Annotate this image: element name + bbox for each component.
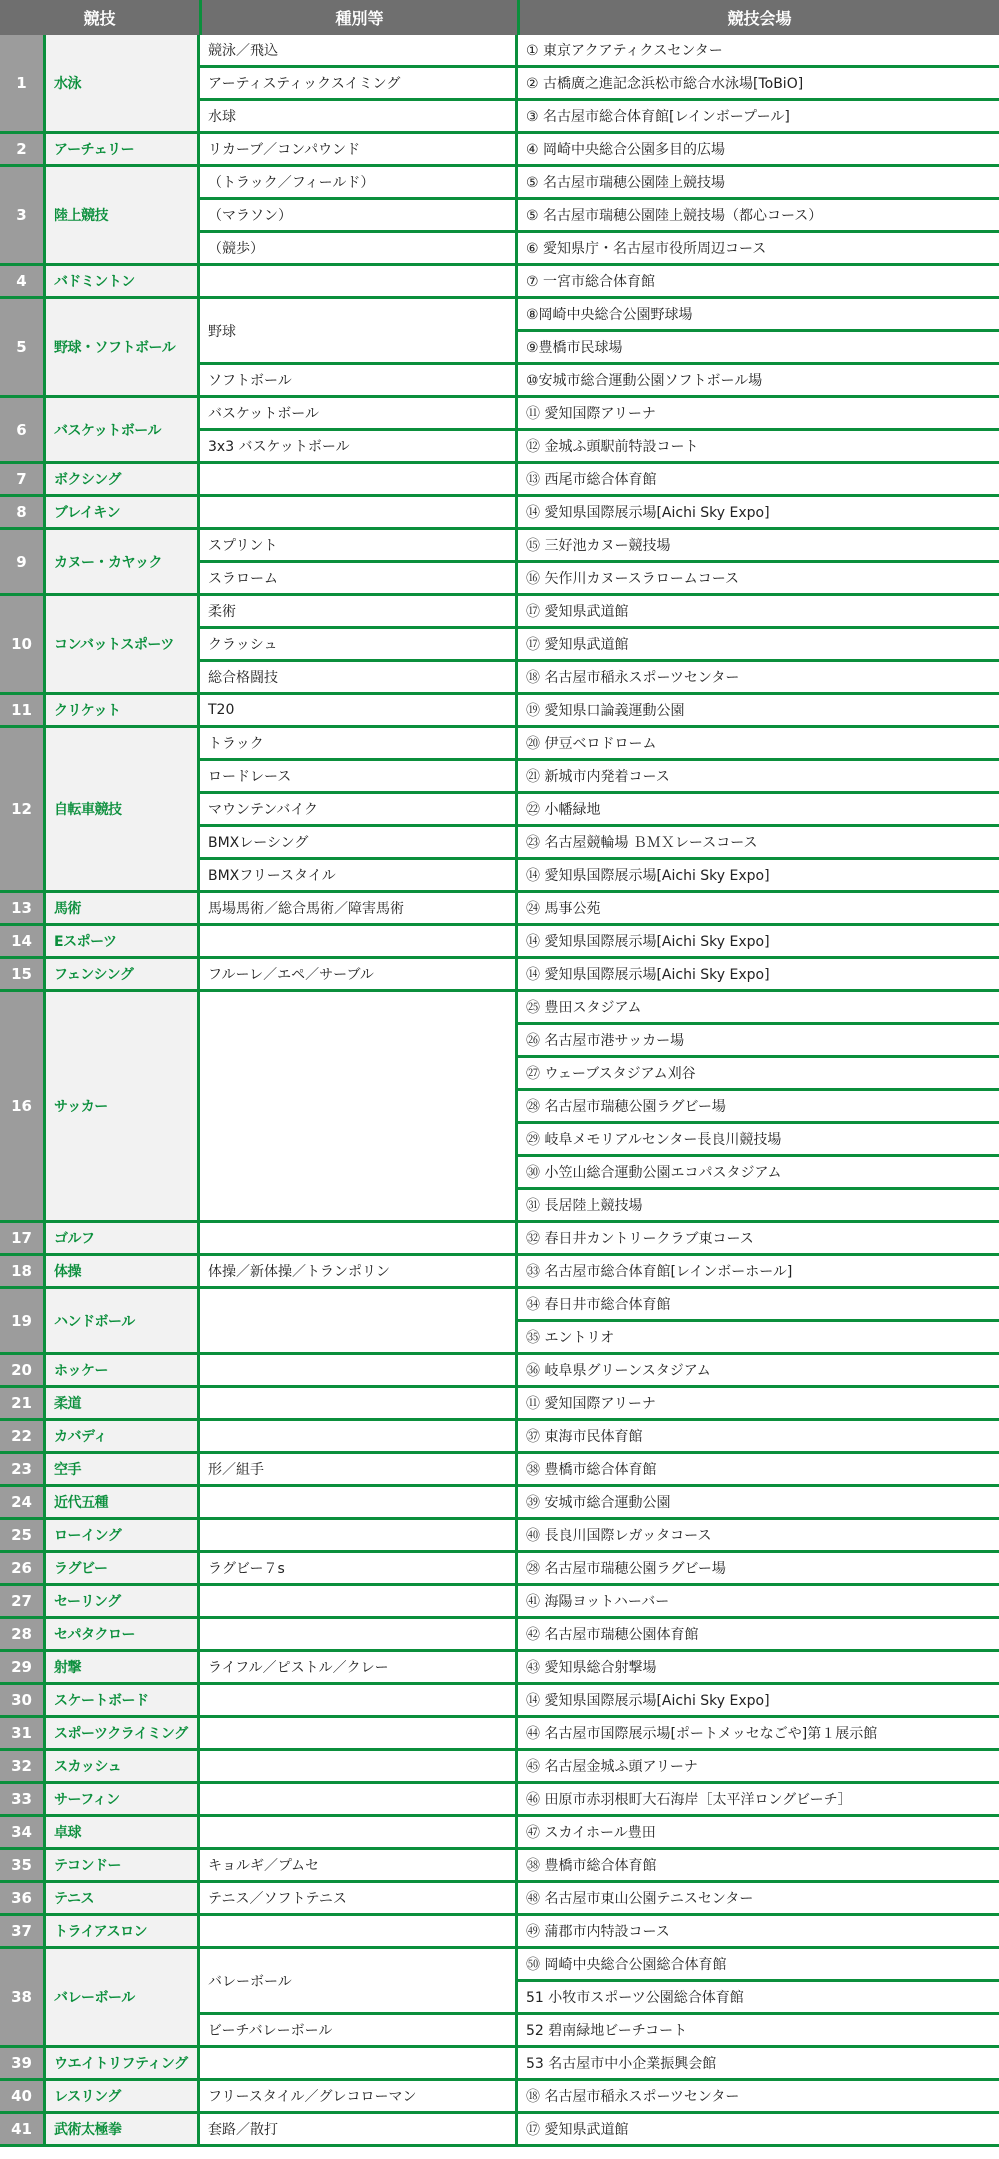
discipline-row: ビーチバレーボール52 碧南緑地ビーチコート [200, 2015, 999, 2045]
discipline-row: 形／組手㊳ 豊橋市総合体育館 [200, 1454, 999, 1484]
row-number: 32 [0, 1751, 46, 1781]
row-detail: 套路／散打⑰ 愛知県武道館 [200, 2114, 999, 2144]
discipline-row: キョルギ／プムセ㊳ 豊橋市総合体育館 [200, 1850, 999, 1880]
row-number: 2 [0, 134, 46, 164]
discipline-type: テニス／ソフトテニス [200, 1883, 518, 1913]
discipline-row: ソフトボール⑩安城市総合運動公園ソフトボール場 [200, 365, 999, 395]
discipline-type [200, 1619, 518, 1649]
discipline-row: リカーブ／コンパウンド④ 岡崎中央総合公園多目的広場 [200, 134, 999, 164]
venue-list: ⑭ 愛知県国際展示場[Aichi Sky Expo] [518, 926, 999, 956]
sport-name: ブレイキン [46, 497, 200, 527]
venue-name: ⑱ 名古屋市稲永スポーツセンター [518, 2081, 999, 2111]
venue-name: ㉛ 長居陸上競技場 [518, 1190, 999, 1220]
venue-list: ㊳ 豊橋市総合体育館 [518, 1454, 999, 1484]
venue-name: ③ 名古屋市総合体育館[レインボープール] [518, 101, 999, 131]
sport-name: サーフィン [46, 1784, 200, 1814]
discipline-row: ⑭ 愛知県国際展示場[Aichi Sky Expo] [200, 1685, 999, 1715]
row-detail: ㊶ 海陽ヨットハーバー [200, 1586, 999, 1616]
venue-name: ㊳ 豊橋市総合体育館 [518, 1454, 999, 1484]
venue-name: ㊶ 海陽ヨットハーバー [518, 1586, 999, 1616]
discipline-type: （トラック／フィールド） [200, 167, 518, 197]
venue-list: ⑯ 矢作川カヌースラロームコース [518, 563, 999, 593]
discipline-type: アーティスティックスイミング [200, 68, 518, 98]
venue-list: ㊷ 名古屋市瑞穂公園体育館 [518, 1619, 999, 1649]
venue-list: ⑫ 金城ふ頭駅前特設コート [518, 431, 999, 461]
discipline-row: T20⑲ 愛知県口論義運動公園 [200, 695, 999, 725]
row-detail: ㊹ 名古屋市国際展示場[ポートメッセなごや]第１展示館 [200, 1718, 999, 1748]
discipline-type: ライフル／ピストル／クレー [200, 1652, 518, 1682]
row-number: 9 [0, 530, 46, 593]
discipline-type: 水球 [200, 101, 518, 131]
venue-name: ⑰ 愛知県武道館 [518, 629, 999, 659]
row-number: 37 [0, 1916, 46, 1946]
discipline-row: トラック⑳ 伊豆ベロドローム [200, 728, 999, 761]
row-detail: フリースタイル／グレコローマン⑱ 名古屋市稲永スポーツセンター [200, 2081, 999, 2111]
sport-name: ホッケー [46, 1355, 200, 1385]
sport-name: バスケットボール [46, 398, 200, 461]
venue-list: ㊳ 豊橋市総合体育館 [518, 1850, 999, 1880]
row-detail: ライフル／ピストル／クレー㊸ 愛知県総合射撃場 [200, 1652, 999, 1682]
discipline-row: バレーボール㊿ 岡崎中央総合公園総合体育館51 小牧市スポーツ公園総合体育館 [200, 1949, 999, 2015]
row-detail: 体操／新体操／トランポリン㉝ 名古屋市総合体育館[レインボーホール] [200, 1256, 999, 1286]
discipline-type: バスケットボール [200, 398, 518, 428]
discipline-row: クラッシュ⑰ 愛知県武道館 [200, 629, 999, 662]
venue-name: ㊽ 名古屋市東山公園テニスセンター [518, 1883, 999, 1913]
row-number: 25 [0, 1520, 46, 1550]
venue-name: ㊷ 名古屋市瑞穂公園体育館 [518, 1619, 999, 1649]
venue-list: ㉑ 新城市内発着コース [518, 761, 999, 791]
table-row: 16サッカー㉕ 豊田スタジアム㉖ 名古屋市港サッカー場㉗ ウェーブスタジアム刈谷… [0, 992, 999, 1223]
discipline-row: スラローム⑯ 矢作川カヌースラロームコース [200, 563, 999, 593]
venue-list: ⑤ 名古屋市瑞穂公園陸上競技場（都心コース） [518, 200, 999, 230]
row-number: 28 [0, 1619, 46, 1649]
discipline-type: フリースタイル／グレコローマン [200, 2081, 518, 2111]
discipline-type: （マラソン） [200, 200, 518, 230]
venue-list: ⑮ 三好池カヌー競技場 [518, 530, 999, 560]
discipline-row: 3x3 バスケットボール⑫ 金城ふ頭駅前特設コート [200, 431, 999, 461]
venue-list: ㊾ 蒲郡市内特設コース [518, 1916, 999, 1946]
venue-name: ㉖ 名古屋市港サッカー場 [518, 1025, 999, 1058]
table-row: 18体操体操／新体操／トランポリン㉝ 名古屋市総合体育館[レインボーホール] [0, 1256, 999, 1289]
table-row: 19ハンドボール㉞ 春日井市総合体育館㉟ エントリオ [0, 1289, 999, 1355]
table-row: 32スカッシュ㊺ 名古屋金城ふ頭アリーナ [0, 1751, 999, 1784]
discipline-row: 套路／散打⑰ 愛知県武道館 [200, 2114, 999, 2144]
venue-name: ⑪ 愛知国際アリーナ [518, 398, 999, 428]
venue-name: ⑨豊橋市民球場 [518, 332, 999, 362]
table-row: 25ローイング㊵ 長良川国際レガッタコース [0, 1520, 999, 1553]
discipline-row: ⑬ 西尾市総合体育館 [200, 464, 999, 494]
venue-list: ⑤ 名古屋市瑞穂公園陸上競技場 [518, 167, 999, 197]
table-row: 11クリケットT20⑲ 愛知県口論義運動公園 [0, 695, 999, 728]
discipline-row: ㉕ 豊田スタジアム㉖ 名古屋市港サッカー場㉗ ウェーブスタジアム刈谷㉘ 名古屋市… [200, 992, 999, 1220]
venue-name: ㊱ 岐阜県グリーンスタジアム [518, 1355, 999, 1385]
discipline-type: 総合格闘技 [200, 662, 518, 692]
venue-name: ④ 岡崎中央総合公園多目的広場 [518, 134, 999, 164]
sport-name: クリケット [46, 695, 200, 725]
row-detail: ㊴ 安城市総合運動公園 [200, 1487, 999, 1517]
row-number: 19 [0, 1289, 46, 1352]
venue-list: ⑭ 愛知県国際展示場[Aichi Sky Expo] [518, 959, 999, 989]
discipline-row: 馬場馬術／総合馬術／障害馬術㉔ 馬事公苑 [200, 893, 999, 923]
venue-name: ⑫ 金城ふ頭駅前特設コート [518, 431, 999, 461]
row-number: 11 [0, 695, 46, 725]
venue-name: ⑧岡崎中央総合公園野球場 [518, 299, 999, 332]
row-detail: 馬場馬術／総合馬術／障害馬術㉔ 馬事公苑 [200, 893, 999, 923]
discipline-type [200, 1586, 518, 1616]
sport-name: 空手 [46, 1454, 200, 1484]
discipline-row: ㊾ 蒲郡市内特設コース [200, 1916, 999, 1946]
row-number: 41 [0, 2114, 46, 2144]
row-number: 34 [0, 1817, 46, 1847]
discipline-type [200, 1421, 518, 1451]
discipline-row: 競泳／飛込① 東京アクアティクスセンター [200, 35, 999, 68]
table-row: 5野球・ソフトボール野球⑧岡崎中央総合公園野球場⑨豊橋市民球場ソフトボール⑩安城… [0, 299, 999, 398]
row-detail: （トラック／フィールド）⑤ 名古屋市瑞穂公園陸上競技場（マラソン）⑤ 名古屋市瑞… [200, 167, 999, 263]
discipline-type [200, 1355, 518, 1385]
sport-name: 武術太極拳 [46, 2114, 200, 2144]
table-row: 34卓球㊼ スカイホール豊田 [0, 1817, 999, 1850]
sport-name: 馬術 [46, 893, 200, 923]
table-header: 競技 種別等 競技会場 [0, 0, 999, 35]
header-type: 種別等 [202, 0, 520, 35]
venue-name: ㊾ 蒲郡市内特設コース [518, 1916, 999, 1946]
discipline-row: BMXフリースタイル⑭ 愛知県国際展示場[Aichi Sky Expo] [200, 860, 999, 890]
venue-name: ㊲ 東海市民体育館 [518, 1421, 999, 1451]
venue-name: ⑭ 愛知県国際展示場[Aichi Sky Expo] [518, 926, 999, 956]
table-row: 15フェンシングフルーレ／エペ／サーブル⑭ 愛知県国際展示場[Aichi Sky… [0, 959, 999, 992]
discipline-type [200, 1520, 518, 1550]
row-number: 6 [0, 398, 46, 461]
venue-list: ㉝ 名古屋市総合体育館[レインボーホール] [518, 1256, 999, 1286]
sport-name: カバディ [46, 1421, 200, 1451]
sport-name: 自転車競技 [46, 728, 200, 890]
table-row: 39ウエイトリフティング53 名古屋市中小企業振興会館 [0, 2048, 999, 2081]
discipline-row: アーティスティックスイミング② 古橋廣之進記念浜松市総合水泳場[ToBiO] [200, 68, 999, 101]
sport-name: ボクシング [46, 464, 200, 494]
venue-list: ⑪ 愛知国際アリーナ [518, 1388, 999, 1418]
venue-list: ③ 名古屋市総合体育館[レインボープール] [518, 101, 999, 131]
discipline-row: テニス／ソフトテニス㊽ 名古屋市東山公園テニスセンター [200, 1883, 999, 1913]
discipline-type [200, 2048, 518, 2078]
venue-name: ⑱ 名古屋市稲永スポーツセンター [518, 662, 999, 692]
row-number: 23 [0, 1454, 46, 1484]
row-detail: バレーボール㊿ 岡崎中央総合公園総合体育館51 小牧市スポーツ公園総合体育館ビー… [200, 1949, 999, 2045]
discipline-type [200, 1751, 518, 1781]
venue-list: ㉞ 春日井市総合体育館㉟ エントリオ [518, 1289, 999, 1352]
discipline-row: ㊲ 東海市民体育館 [200, 1421, 999, 1451]
discipline-row: フルーレ／エペ／サーブル⑭ 愛知県国際展示場[Aichi Sky Expo] [200, 959, 999, 989]
row-detail: リカーブ／コンパウンド④ 岡崎中央総合公園多目的広場 [200, 134, 999, 164]
sport-name: スケートボード [46, 1685, 200, 1715]
venue-name: ⑯ 矢作川カヌースラロームコース [518, 563, 999, 593]
discipline-type: スプリント [200, 530, 518, 560]
venue-name: ⑤ 名古屋市瑞穂公園陸上競技場 [518, 167, 999, 197]
row-number: 29 [0, 1652, 46, 1682]
row-number: 17 [0, 1223, 46, 1253]
discipline-row: ㊴ 安城市総合運動公園 [200, 1487, 999, 1517]
discipline-type: マウンテンバイク [200, 794, 518, 824]
table-row: 2アーチェリーリカーブ／コンパウンド④ 岡崎中央総合公園多目的広場 [0, 134, 999, 167]
row-detail: ⑬ 西尾市総合体育館 [200, 464, 999, 494]
discipline-type [200, 1223, 518, 1253]
sport-name: 近代五種 [46, 1487, 200, 1517]
venue-list: ㉘ 名古屋市瑞穂公園ラグビー場 [518, 1553, 999, 1583]
discipline-type: 3x3 バスケットボール [200, 431, 518, 461]
discipline-type: 競泳／飛込 [200, 35, 518, 65]
venue-name: ㉝ 名古屋市総合体育館[レインボーホール] [518, 1256, 999, 1286]
table-row: 6バスケットボールバスケットボール⑪ 愛知国際アリーナ3x3 バスケットボール⑫… [0, 398, 999, 464]
venue-name: ㉔ 馬事公苑 [518, 893, 999, 923]
row-detail: 野球⑧岡崎中央総合公園野球場⑨豊橋市民球場ソフトボール⑩安城市総合運動公園ソフト… [200, 299, 999, 395]
table-row: 8ブレイキン⑭ 愛知県国際展示場[Aichi Sky Expo] [0, 497, 999, 530]
venue-name: 51 小牧市スポーツ公園総合体育館 [518, 1982, 999, 2012]
discipline-row: ㉞ 春日井市総合体育館㉟ エントリオ [200, 1289, 999, 1352]
row-number: 30 [0, 1685, 46, 1715]
venue-table: 競技 種別等 競技会場 1水泳競泳／飛込① 東京アクアティクスセンターアーティス… [0, 0, 999, 2147]
venue-name: ㊺ 名古屋金城ふ頭アリーナ [518, 1751, 999, 1781]
venue-name: ⑭ 愛知県国際展示場[Aichi Sky Expo] [518, 497, 999, 527]
row-detail: ㉕ 豊田スタジアム㉖ 名古屋市港サッカー場㉗ ウェーブスタジアム刈谷㉘ 名古屋市… [200, 992, 999, 1220]
venue-list: ② 古橋廣之進記念浜松市総合水泳場[ToBiO] [518, 68, 999, 98]
venue-list: ⑦ 一宮市総合体育館 [518, 266, 999, 296]
venue-list: ⑲ 愛知県口論義運動公園 [518, 695, 999, 725]
venue-list: ⑱ 名古屋市稲永スポーツセンター [518, 662, 999, 692]
row-detail: ㉞ 春日井市総合体育館㉟ エントリオ [200, 1289, 999, 1352]
table-row: 33サーフィン㊻ 田原市赤羽根町大石海岸［太平洋ロングビーチ］ [0, 1784, 999, 1817]
discipline-row: ㊻ 田原市赤羽根町大石海岸［太平洋ロングビーチ］ [200, 1784, 999, 1814]
discipline-type [200, 1685, 518, 1715]
venue-name: 53 名古屋市中小企業振興会館 [518, 2048, 999, 2078]
row-detail: T20⑲ 愛知県口論義運動公園 [200, 695, 999, 725]
header-sport: 競技 [0, 0, 202, 35]
row-detail: 形／組手㊳ 豊橋市総合体育館 [200, 1454, 999, 1484]
discipline-row: ⑭ 愛知県国際展示場[Aichi Sky Expo] [200, 497, 999, 527]
discipline-type [200, 1784, 518, 1814]
venue-list: ⑭ 愛知県国際展示場[Aichi Sky Expo] [518, 497, 999, 527]
sport-name: テコンドー [46, 1850, 200, 1880]
row-number: 15 [0, 959, 46, 989]
sport-name: ハンドボール [46, 1289, 200, 1352]
venue-list: ㊵ 長良川国際レガッタコース [518, 1520, 999, 1550]
venue-name: ㉘ 名古屋市瑞穂公園ラグビー場 [518, 1553, 999, 1583]
discipline-type [200, 926, 518, 956]
sport-name: バドミントン [46, 266, 200, 296]
discipline-row: ㊼ スカイホール豊田 [200, 1817, 999, 1847]
row-number: 40 [0, 2081, 46, 2111]
row-detail: ㊲ 東海市民体育館 [200, 1421, 999, 1451]
row-detail: ⑭ 愛知県国際展示場[Aichi Sky Expo] [200, 926, 999, 956]
row-detail: トラック⑳ 伊豆ベロドロームロードレース㉑ 新城市内発着コースマウンテンバイク㉒… [200, 728, 999, 890]
discipline-row: ㊶ 海陽ヨットハーバー [200, 1586, 999, 1616]
table-row: 29射撃ライフル／ピストル／クレー㊸ 愛知県総合射撃場 [0, 1652, 999, 1685]
discipline-type [200, 1388, 518, 1418]
sport-name: セパタクロー [46, 1619, 200, 1649]
discipline-type: T20 [200, 695, 518, 725]
discipline-type: 体操／新体操／トランポリン [200, 1256, 518, 1286]
venue-list: ⑭ 愛知県国際展示場[Aichi Sky Expo] [518, 1685, 999, 1715]
table-row: 12自転車競技トラック⑳ 伊豆ベロドロームロードレース㉑ 新城市内発着コースマウ… [0, 728, 999, 893]
discipline-row: 53 名古屋市中小企業振興会館 [200, 2048, 999, 2078]
venue-list: ㊸ 愛知県総合射撃場 [518, 1652, 999, 1682]
row-number: 5 [0, 299, 46, 395]
row-detail: 柔術⑰ 愛知県武道館クラッシュ⑰ 愛知県武道館総合格闘技⑱ 名古屋市稲永スポーツ… [200, 596, 999, 692]
sport-name: フェンシング [46, 959, 200, 989]
discipline-row: 総合格闘技⑱ 名古屋市稲永スポーツセンター [200, 662, 999, 692]
row-detail: ㊻ 田原市赤羽根町大石海岸［太平洋ロングビーチ］ [200, 1784, 999, 1814]
venue-list: ㊼ スカイホール豊田 [518, 1817, 999, 1847]
row-number: 20 [0, 1355, 46, 1385]
sport-name: 水泳 [46, 35, 200, 131]
venue-name: ㉘ 名古屋市瑞穂公園ラグビー場 [518, 1091, 999, 1124]
row-detail: バスケットボール⑪ 愛知国際アリーナ3x3 バスケットボール⑫ 金城ふ頭駅前特設… [200, 398, 999, 461]
sport-name: 射撃 [46, 1652, 200, 1682]
discipline-row: フリースタイル／グレコローマン⑱ 名古屋市稲永スポーツセンター [200, 2081, 999, 2111]
discipline-type: キョルギ／プムセ [200, 1850, 518, 1880]
venue-name: ㊵ 長良川国際レガッタコース [518, 1520, 999, 1550]
discipline-type [200, 992, 518, 1220]
row-detail: ㊾ 蒲郡市内特設コース [200, 1916, 999, 1946]
venue-name: ㊸ 愛知県総合射撃場 [518, 1652, 999, 1682]
venue-list: ㊺ 名古屋金城ふ頭アリーナ [518, 1751, 999, 1781]
venue-list: ⑰ 愛知県武道館 [518, 2114, 999, 2144]
row-number: 21 [0, 1388, 46, 1418]
discipline-type: 柔術 [200, 596, 518, 626]
venue-list: ㊶ 海陽ヨットハーバー [518, 1586, 999, 1616]
sport-name: 体操 [46, 1256, 200, 1286]
venue-name: ⑰ 愛知県武道館 [518, 596, 999, 626]
table-row: 24近代五種㊴ 安城市総合運動公園 [0, 1487, 999, 1520]
venue-name: ⑩安城市総合運動公園ソフトボール場 [518, 365, 999, 395]
venue-list: ⑥ 愛知県庁・名古屋市役所周辺コース [518, 233, 999, 263]
discipline-row: ラグビー７s㉘ 名古屋市瑞穂公園ラグビー場 [200, 1553, 999, 1583]
venue-list: ⑱ 名古屋市稲永スポーツセンター [518, 2081, 999, 2111]
venue-list: 53 名古屋市中小企業振興会館 [518, 2048, 999, 2078]
row-detail: スプリント⑮ 三好池カヌー競技場スラローム⑯ 矢作川カヌースラロームコース [200, 530, 999, 593]
venue-name: ㊹ 名古屋市国際展示場[ポートメッセなごや]第１展示館 [518, 1718, 999, 1748]
sport-name: バレーボール [46, 1949, 200, 2045]
venue-name: ② 古橋廣之進記念浜松市総合水泳場[ToBiO] [518, 68, 999, 98]
row-number: 26 [0, 1553, 46, 1583]
row-detail: ㊼ スカイホール豊田 [200, 1817, 999, 1847]
discipline-row: ⑭ 愛知県国際展示場[Aichi Sky Expo] [200, 926, 999, 956]
venue-name: ⑭ 愛知県国際展示場[Aichi Sky Expo] [518, 860, 999, 890]
row-number: 8 [0, 497, 46, 527]
venue-name: ㉚ 小笠山総合運動公園エコパスタジアム [518, 1157, 999, 1190]
venue-name: ㉓ 名古屋競輪場 ＢＭＸレースコース [518, 827, 999, 857]
discipline-type: ロードレース [200, 761, 518, 791]
row-number: 24 [0, 1487, 46, 1517]
sport-name: ゴルフ [46, 1223, 200, 1253]
venue-list: ㊴ 安城市総合運動公園 [518, 1487, 999, 1517]
discipline-row: スプリント⑮ 三好池カヌー競技場 [200, 530, 999, 563]
discipline-type: 套路／散打 [200, 2114, 518, 2144]
venue-list: ㉔ 馬事公苑 [518, 893, 999, 923]
venue-name: 52 碧南緑地ビーチコート [518, 2015, 999, 2045]
row-detail: 競泳／飛込① 東京アクアティクスセンターアーティスティックスイミング② 古橋廣之… [200, 35, 999, 131]
venue-name: ㉒ 小幡緑地 [518, 794, 999, 824]
sport-name: スカッシュ [46, 1751, 200, 1781]
venue-name: ㊳ 豊橋市総合体育館 [518, 1850, 999, 1880]
venue-name: ⑥ 愛知県庁・名古屋市役所周辺コース [518, 233, 999, 263]
venue-list: ㊻ 田原市赤羽根町大石海岸［太平洋ロングビーチ］ [518, 1784, 999, 1814]
venue-name: ㊻ 田原市赤羽根町大石海岸［太平洋ロングビーチ］ [518, 1784, 999, 1814]
table-row: 9カヌー・カヤックスプリント⑮ 三好池カヌー競技場スラローム⑯ 矢作川カヌースラ… [0, 530, 999, 596]
table-row: 41武術太極拳套路／散打⑰ 愛知県武道館 [0, 2114, 999, 2147]
row-number: 38 [0, 1949, 46, 2045]
sport-name: テニス [46, 1883, 200, 1913]
discipline-type [200, 266, 518, 296]
discipline-row: マウンテンバイク㉒ 小幡緑地 [200, 794, 999, 827]
row-number: 33 [0, 1784, 46, 1814]
sport-name: 卓球 [46, 1817, 200, 1847]
discipline-row: ㊷ 名古屋市瑞穂公園体育館 [200, 1619, 999, 1649]
discipline-type: BMXフリースタイル [200, 860, 518, 890]
sport-name: 野球・ソフトボール [46, 299, 200, 395]
discipline-type [200, 1817, 518, 1847]
discipline-row: BMXレーシング㉓ 名古屋競輪場 ＢＭＸレースコース [200, 827, 999, 860]
table-row: 1水泳競泳／飛込① 東京アクアティクスセンターアーティスティックスイミング② 古… [0, 35, 999, 134]
discipline-row: ㊱ 岐阜県グリーンスタジアム [200, 1355, 999, 1385]
discipline-type: ソフトボール [200, 365, 518, 395]
table-row: 23空手形／組手㊳ 豊橋市総合体育館 [0, 1454, 999, 1487]
discipline-row: 柔術⑰ 愛知県武道館 [200, 596, 999, 629]
row-detail: ㊱ 岐阜県グリーンスタジアム [200, 1355, 999, 1385]
venue-name: ⑭ 愛知県国際展示場[Aichi Sky Expo] [518, 1685, 999, 1715]
sport-name: 陸上競技 [46, 167, 200, 263]
venue-list: ㉜ 春日井カントリークラブ東コース [518, 1223, 999, 1253]
row-number: 12 [0, 728, 46, 890]
discipline-row: 水球③ 名古屋市総合体育館[レインボープール] [200, 101, 999, 131]
venue-name: ㊼ スカイホール豊田 [518, 1817, 999, 1847]
row-number: 35 [0, 1850, 46, 1880]
venue-name: ㉗ ウェーブスタジアム刈谷 [518, 1058, 999, 1091]
discipline-row: ㊹ 名古屋市国際展示場[ポートメッセなごや]第１展示館 [200, 1718, 999, 1748]
row-number: 31 [0, 1718, 46, 1748]
discipline-type [200, 1487, 518, 1517]
sport-name: アーチェリー [46, 134, 200, 164]
sport-name: レスリング [46, 2081, 200, 2111]
table-body: 1水泳競泳／飛込① 東京アクアティクスセンターアーティスティックスイミング② 古… [0, 35, 999, 2147]
row-detail: ㊵ 長良川国際レガッタコース [200, 1520, 999, 1550]
table-row: 36テニステニス／ソフトテニス㊽ 名古屋市東山公園テニスセンター [0, 1883, 999, 1916]
table-row: 13馬術馬場馬術／総合馬術／障害馬術㉔ 馬事公苑 [0, 893, 999, 926]
row-detail: ⑪ 愛知国際アリーナ [200, 1388, 999, 1418]
table-row: 31スポーツクライミング㊹ 名古屋市国際展示場[ポートメッセなごや]第１展示館 [0, 1718, 999, 1751]
venue-name: ㊴ 安城市総合運動公園 [518, 1487, 999, 1517]
header-venue: 競技会場 [520, 0, 999, 35]
venue-name: ⑲ 愛知県口論義運動公園 [518, 695, 999, 725]
table-row: 22カバディ㊲ 東海市民体育館 [0, 1421, 999, 1454]
sport-name: セーリング [46, 1586, 200, 1616]
table-row: 20ホッケー㊱ 岐阜県グリーンスタジアム [0, 1355, 999, 1388]
table-row: 7ボクシング⑬ 西尾市総合体育館 [0, 464, 999, 497]
row-detail: ㉜ 春日井カントリークラブ東コース [200, 1223, 999, 1253]
discipline-type: ラグビー７s [200, 1553, 518, 1583]
venue-list: ⑰ 愛知県武道館 [518, 629, 999, 659]
discipline-type [200, 1916, 518, 1946]
table-row: 37トライアスロン㊾ 蒲郡市内特設コース [0, 1916, 999, 1949]
discipline-row: （競歩）⑥ 愛知県庁・名古屋市役所周辺コース [200, 233, 999, 263]
venue-list: ㉓ 名古屋競輪場 ＢＭＸレースコース [518, 827, 999, 857]
venue-list: ㊽ 名古屋市東山公園テニスセンター [518, 1883, 999, 1913]
venue-name: ㉙ 岐阜メモリアルセンター長良川競技場 [518, 1124, 999, 1157]
discipline-type: クラッシュ [200, 629, 518, 659]
sport-name: ウエイトリフティング [46, 2048, 200, 2078]
table-row: 14Eスポーツ⑭ 愛知県国際展示場[Aichi Sky Expo] [0, 926, 999, 959]
discipline-row: （トラック／フィールド）⑤ 名古屋市瑞穂公園陸上競技場 [200, 167, 999, 200]
discipline-type [200, 1289, 518, 1352]
venue-list: ④ 岡崎中央総合公園多目的広場 [518, 134, 999, 164]
